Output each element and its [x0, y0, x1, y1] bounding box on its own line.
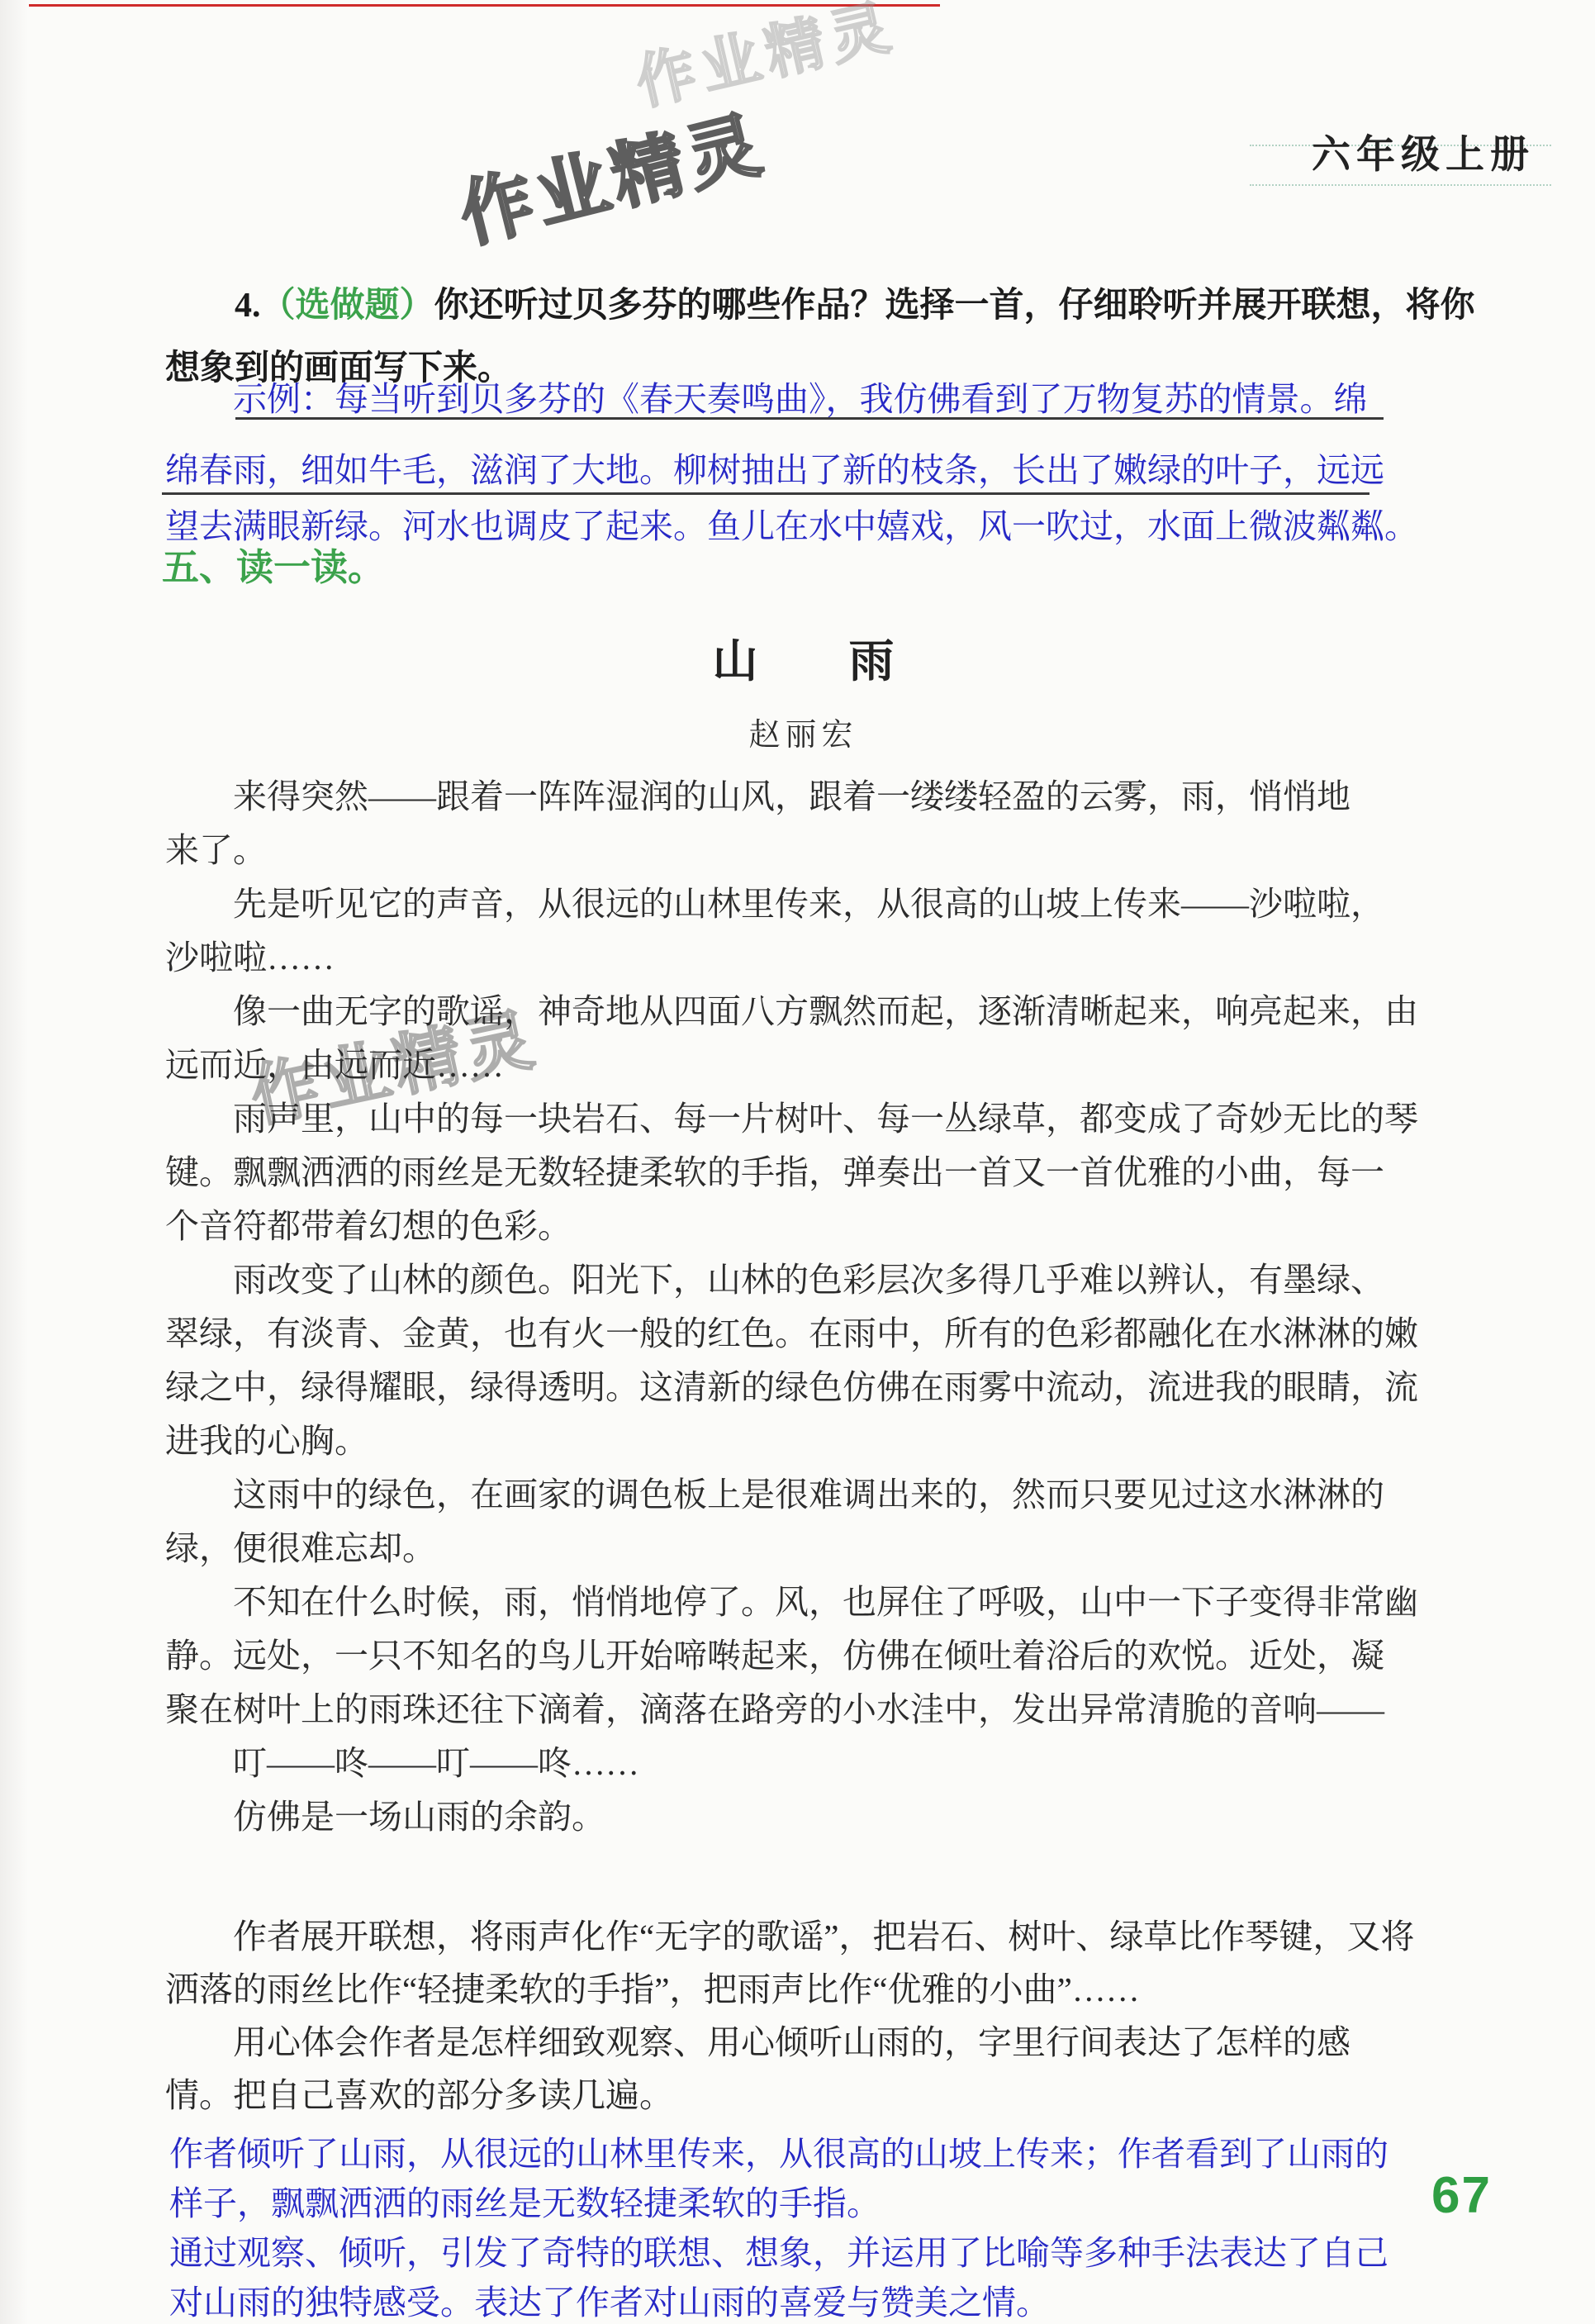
bottom-answer-line: 通过观察、倾听，引发了奇特的联想、想象，并运用了比喻等多种手法表达了自己 — [169, 2228, 1557, 2278]
watermark-top: 作业精灵 — [626, 0, 903, 121]
answer-blank-rule-1 — [235, 417, 1384, 420]
analysis-line: 作者展开联想，将雨声化作“无字的歌谣”，把岩石、树叶、绿草比作琴键，又将 — [165, 1910, 1553, 1963]
essay-line: 绿，便很难忘却。 — [165, 1522, 1553, 1575]
essay-line: 雨声里，山中的每一块岩石、每一片树叶、每一丛绿草，都变成了奇妙无比的琴 — [165, 1092, 1553, 1146]
essay-line: 先是听见它的声音，从很远的山林里传来，从很高的山坡上传来——沙啦啦， — [165, 877, 1553, 931]
question-optional-tag: （选做题） — [261, 287, 434, 325]
bottom-answer-line: 作者倾听了山雨，从很远的山林里传来，从很高的山坡上传来；作者看到了山雨的 — [169, 2129, 1557, 2179]
essay-line: 这雨中的绿色，在画家的调色板上是很难调出来的，然而只要见过这水淋淋的 — [165, 1468, 1553, 1522]
essay-line: 来了。 — [165, 824, 1553, 877]
essay-author: 赵丽宏 — [165, 709, 1441, 754]
analysis-paragraphs: 作者展开联想，将雨声化作“无字的歌谣”，把岩石、树叶、绿草比作琴键，又将洒落的雨… — [165, 1910, 1553, 2122]
analysis-line: 用心体会作者是怎样细致观察、用心倾听山雨的，字里行间表达了怎样的感 — [165, 2016, 1553, 2069]
question-number: 4. — [235, 287, 261, 325]
essay-title: 山 雨 — [165, 625, 1441, 690]
sample-answer-line-1: 示例：每当听到贝多芬的《春天奏鸣曲》，我仿佛看到了万物复苏的情景。绵 — [165, 372, 1368, 421]
workbook-page: 作业精灵 六年级上册 作业精灵 4.（选做题）你还听过贝多芬的哪些作品？选择一首… — [0, 0, 1595, 2324]
essay-line: 雨改变了山林的颜色。阳光下，山林的色彩层次多得几乎难以辨认，有墨绿、 — [165, 1253, 1553, 1307]
sample-answer-line-2: 绵春雨，细如牛毛，滋润了大地。柳树抽出了新的枝条，长出了嫩绿的叶子，远远 — [165, 443, 1384, 492]
bottom-answer-line: 样子，飘飘洒洒的雨丝是无数轻捷柔软的手指。 — [169, 2179, 1557, 2228]
essay-line: 来得突然——跟着一阵阵湿润的山风，跟着一缕缕轻盈的云雾，雨，悄悄地 — [165, 770, 1553, 824]
essay-line: 聚在树叶上的雨珠还往下滴着，滴落在路旁的小水洼中，发出异常清脆的音响—— — [165, 1683, 1553, 1737]
essay-line: 叮——咚——叮——咚…… — [165, 1737, 1553, 1790]
analysis-line: 情。把自己喜欢的部分多读几遍。 — [165, 2069, 1553, 2122]
essay-line: 翠绿，有淡青、金黄，也有火一般的红色。在雨中，所有的色彩都融化在水淋淋的嫩 — [165, 1307, 1553, 1361]
essay-line: 静。远处，一只不知名的鸟儿开始啼啭起来，仿佛在倾吐着浴后的欢悦。近处，凝 — [165, 1629, 1553, 1683]
essay-line: 绿之中，绿得耀眼，绿得透明。这清新的绿色仿佛在雨雾中流动，流进我的眼睛，流 — [165, 1361, 1553, 1414]
essay-line: 键。飘飘洒洒的雨丝是无数轻捷柔软的手指，弹奏出一首又一首优雅的小曲，每一 — [165, 1146, 1553, 1200]
essay-line: 远而近，由远而近…… — [165, 1038, 1553, 1092]
answer-blank-rule-2 — [162, 492, 1370, 495]
top-red-scan-line — [29, 4, 940, 7]
essay-line: 不知在什么时候，雨，悄悄地停了。风，也屏住了呼吸，山中一下子变得非常幽 — [165, 1575, 1553, 1629]
section-5-heading: 五、读一读。 — [162, 537, 385, 591]
essay-line: 进我的心胸。 — [165, 1414, 1553, 1468]
page-edge-shading — [0, 0, 28, 2324]
essay-line: 沙啦啦…… — [165, 931, 1553, 985]
essay-line: 仿佛是一场山雨的余韵。 — [165, 1790, 1553, 1844]
watermark-question-area: 作业精灵 — [448, 86, 774, 262]
bottom-answer: 作者倾听了山雨，从很远的山林里传来，从很高的山坡上传来；作者看到了山雨的样子，飘… — [169, 2129, 1557, 2324]
bottom-answer-line: 对山雨的独特感受。表达了作者对山雨的喜爱与赞美之情。 — [169, 2278, 1557, 2324]
analysis-line: 洒落的雨丝比作“轻捷柔软的手指”，把雨声比作“优雅的小曲”…… — [165, 1963, 1553, 2016]
essay-line: 像一曲无字的歌谣，神奇地从四面八方飘然而起，逐渐清晰起来，响亮起来，由 — [165, 985, 1553, 1038]
essay-body: 来得突然——跟着一阵阵湿润的山风，跟着一缕缕轻盈的云雾，雨，悄悄地来了。 先是听… — [165, 770, 1553, 1844]
essay-line: 个音符都带着幻想的色彩。 — [165, 1200, 1553, 1253]
booklet-title: 六年级上册 — [1312, 124, 1535, 179]
page-number: 67 — [1431, 2166, 1492, 2225]
